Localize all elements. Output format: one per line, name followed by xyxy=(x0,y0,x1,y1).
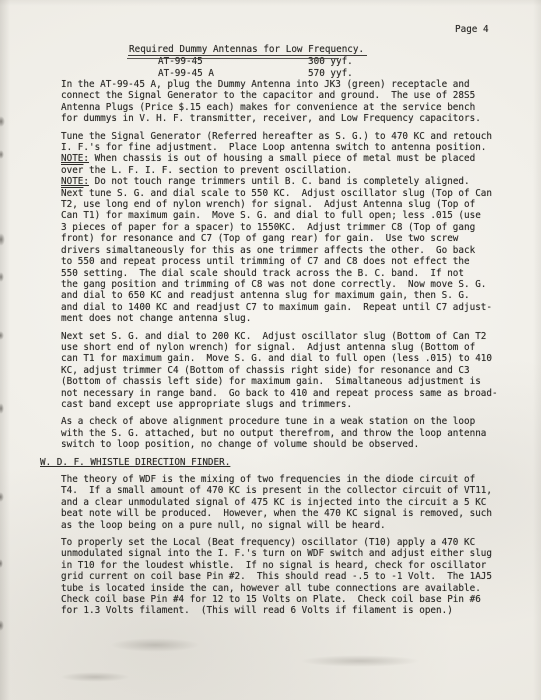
scan-artifact xyxy=(0,272,4,282)
scan-artifact xyxy=(0,331,4,340)
text-line: and dial to 1400 KC and readjust C7 to m… xyxy=(61,302,509,313)
text-line: The theory of WDF is the mixing of two f… xyxy=(61,474,509,485)
paragraph-dummy-antenna-usage: In the AT-99-45 A, plug the Dummy Antenn… xyxy=(61,79,509,125)
text-line: beat note will be produced. However, whe… xyxy=(61,508,509,519)
text-line: as the loop being on a pure null, no sig… xyxy=(61,520,509,531)
dummy-antenna-table: Required Dummy Antennas for Low Frequenc… xyxy=(128,44,428,79)
section-heading-wdf: W. D. F. WHISTLE DIRECTION FINDER. xyxy=(40,457,509,468)
scan-artifact xyxy=(0,620,4,631)
antenna-model: AT-99-45 A xyxy=(158,68,308,79)
text-line: not necessary in range band. Go back to … xyxy=(61,388,509,399)
text-line: T2, use long end of nylon wrench) for si… xyxy=(61,199,509,210)
text-line: Next tune S. G. and dial scale to 550 KC… xyxy=(61,188,509,199)
table-title: Required Dummy Antennas for Low Frequenc… xyxy=(128,44,367,56)
paragraph-wdf-oscillator-setup: To properly set the Local (Beat frequenc… xyxy=(61,537,509,617)
page-number: Page 4 xyxy=(455,24,489,35)
text-line: KC, adjust trimmer C4 (Bottom of chassis… xyxy=(61,365,509,376)
text-line: As a check of above alignment procedure … xyxy=(61,416,509,427)
text-line: for 1.3 Volts filament. (This will read … xyxy=(61,605,509,616)
scan-artifact xyxy=(0,233,5,246)
text-line: can T1 for maximum gain. Move S. G. and … xyxy=(61,353,509,364)
text-line: over the L. F. I. F. section to prevent … xyxy=(61,165,509,176)
antenna-table-row: AT-99-45 A570 yyf. xyxy=(128,68,428,79)
text-line: In the AT-99-45 A, plug the Dummy Antenn… xyxy=(61,79,509,90)
text-line: use short end of nylon wrench) for signa… xyxy=(61,342,509,353)
text-line: with the S. G. attached, but no output t… xyxy=(61,428,509,439)
text-line: for dummys in V. H. F. transmitter, rece… xyxy=(61,113,509,124)
document-body: In the AT-99-45 A, plug the Dummy Antenn… xyxy=(61,79,509,623)
scan-artifact xyxy=(60,672,130,682)
text-line: drivers simaltaneously for this as one t… xyxy=(61,245,509,256)
antenna-capacitance: 570 yyf. xyxy=(308,68,353,79)
text-line: Tune the Signal Generator (Referred here… xyxy=(61,131,509,142)
text-line: switch to loop position, no change of vo… xyxy=(61,439,509,450)
text-line: Antenna Plugs (Price $.15 each) makes fo… xyxy=(61,102,509,113)
text-line: and a clear unmodulated signal of 475 KC… xyxy=(61,497,509,508)
table-rows: AT-99-45300 yyf.AT-99-45 A570 yyf. xyxy=(128,56,428,79)
paragraph-wdf-theory: The theory of WDF is the mixing of two f… xyxy=(61,474,509,531)
text-line: Can T1) for maximum gain. Move S. G. and… xyxy=(61,210,509,221)
text-line: W. D. F. WHISTLE DIRECTION FINDER. xyxy=(40,457,509,468)
text-line: in T10 for the loudest whistle. If no si… xyxy=(61,560,509,571)
paragraph-low-frequency-alignment: Next set S. G. and dial to 200 KC. Adjus… xyxy=(61,331,509,411)
text-line: I. F.'s for fine adjustment. Place Loop … xyxy=(61,142,509,153)
scan-artifact xyxy=(0,559,3,568)
paragraph-broadcast-alignment: Tune the Signal Generator (Referred here… xyxy=(61,131,509,325)
text-line: and dial to 650 KC and readjust antenna … xyxy=(61,290,509,301)
scan-artifact xyxy=(110,638,200,652)
text-line: the gang position and trimming of C8 was… xyxy=(61,279,509,290)
text-line: To properly set the Local (Beat frequenc… xyxy=(61,537,509,548)
text-line: 550 setting. The dial scale should track… xyxy=(61,268,509,279)
text-line: tube is located inside the can, however … xyxy=(61,583,509,594)
typewriter-rule-line xyxy=(127,58,339,59)
text-line: (Bottom of chassis left side) for maximu… xyxy=(61,376,509,387)
text-line: grid current on coil base Pin #2. This s… xyxy=(61,571,509,582)
text-line: cast band except use appropriate slugs a… xyxy=(61,399,509,410)
text-line: NOTE: When chassis is out of housing a s… xyxy=(61,153,509,164)
text-line: Next set S. G. and dial to 200 KC. Adjus… xyxy=(61,331,509,342)
paragraph-alignment-check: As a check of above alignment procedure … xyxy=(61,416,509,450)
text-line: 3 pieces of paper for a spacer) to 1550K… xyxy=(61,222,509,233)
scan-artifact xyxy=(0,116,5,127)
text-line: ment does not change antenna slug. xyxy=(61,313,509,324)
text-line: NOTE: Do not touch range trimmers until … xyxy=(61,176,509,187)
scan-artifact xyxy=(0,150,4,159)
text-line: to 550 and repeat process until trimming… xyxy=(61,256,509,267)
text-line: front) for resonance and C7 (Top of gang… xyxy=(61,233,509,244)
text-line: T4. If a small amount of 470 KC is prese… xyxy=(61,485,509,496)
scan-artifact xyxy=(0,403,4,414)
scan-artifact xyxy=(0,492,4,502)
text-line: unmodulated signal into the I. F.'s turn… xyxy=(61,548,509,559)
text-line: connect the Signal Generator to the capa… xyxy=(61,90,509,101)
scan-artifact xyxy=(300,655,420,667)
text-line: Check coil base Pin #4 for 12 to 15 Volt… xyxy=(61,594,509,605)
